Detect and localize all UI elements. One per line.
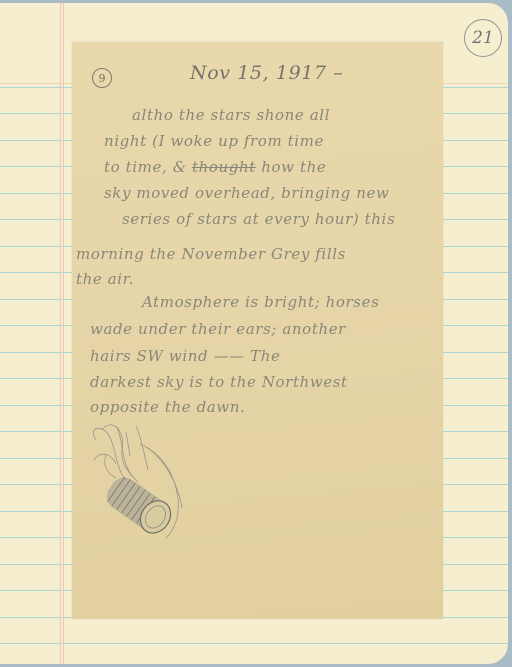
journal-text: how the	[256, 158, 326, 176]
journal-line: altho the stars shone all	[132, 106, 330, 124]
journal-line: the air.	[76, 270, 134, 288]
journal-line: opposite the dawn.	[90, 398, 245, 416]
journal-line: wade under their ears; another	[90, 320, 346, 338]
entry-number-text: 9	[99, 72, 106, 85]
page-number: 21	[464, 19, 502, 57]
notebook-page: 21 9 Nov 15, 1917 – altho the stars shon…	[0, 3, 508, 664]
page-number-text: 21	[472, 28, 494, 48]
journal-line: darkest sky is to the Northwest	[90, 373, 348, 391]
journal-line: sky moved overhead, bringing new	[104, 184, 389, 202]
journal-line: hairs SW wind —— The	[90, 347, 280, 365]
journal-line: to time, & thought how the	[104, 158, 326, 176]
journal-line: morning the November Grey fills	[76, 245, 346, 263]
entry-number: 9	[92, 68, 112, 88]
struck-word: thought	[192, 158, 256, 176]
entry-date: Nov 15, 1917 –	[190, 62, 343, 84]
journal-line: Atmosphere is bright; horses	[142, 293, 379, 311]
journal-line: night (I woke up from time	[104, 132, 324, 150]
journal-line: series of stars at every hour) this	[122, 210, 395, 228]
cocoon-sketch-icon	[86, 420, 196, 550]
margin-line	[63, 3, 64, 664]
inserted-journal-sheet: 9 Nov 15, 1917 – altho the stars shone a…	[72, 42, 443, 619]
ruled-line	[0, 643, 508, 644]
journal-text: to time, &	[104, 158, 192, 176]
margin-line	[60, 3, 61, 664]
